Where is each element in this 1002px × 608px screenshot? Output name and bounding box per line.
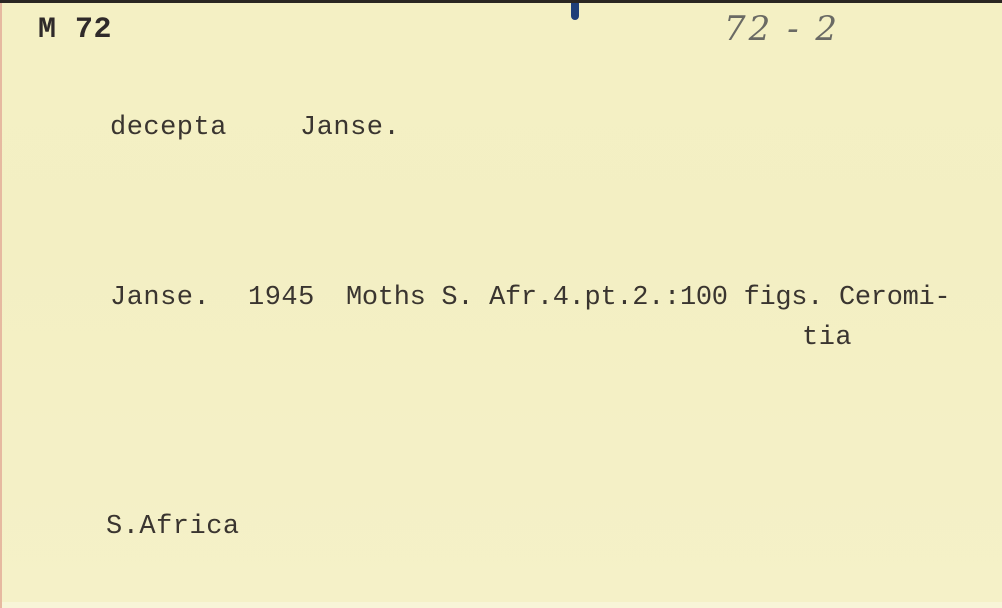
species-author: Janse.: [300, 113, 400, 143]
reference-year: 1945: [248, 283, 315, 313]
reference-continuation: tia: [802, 323, 852, 353]
blue-ink-mark: [571, 3, 579, 20]
index-card: M 72 72 - 2 decepta Janse. Janse. 1945 M…: [0, 3, 1002, 608]
reference-author: Janse.: [110, 283, 210, 313]
header-code: M 72: [38, 13, 112, 47]
reference-text: Moths S. Afr.4.pt.2.:100 figs. Ceromi-: [346, 283, 950, 313]
locality: S.Africa: [106, 512, 240, 542]
species-name: decepta: [110, 113, 227, 143]
handwritten-number: 72 - 2: [724, 9, 840, 49]
